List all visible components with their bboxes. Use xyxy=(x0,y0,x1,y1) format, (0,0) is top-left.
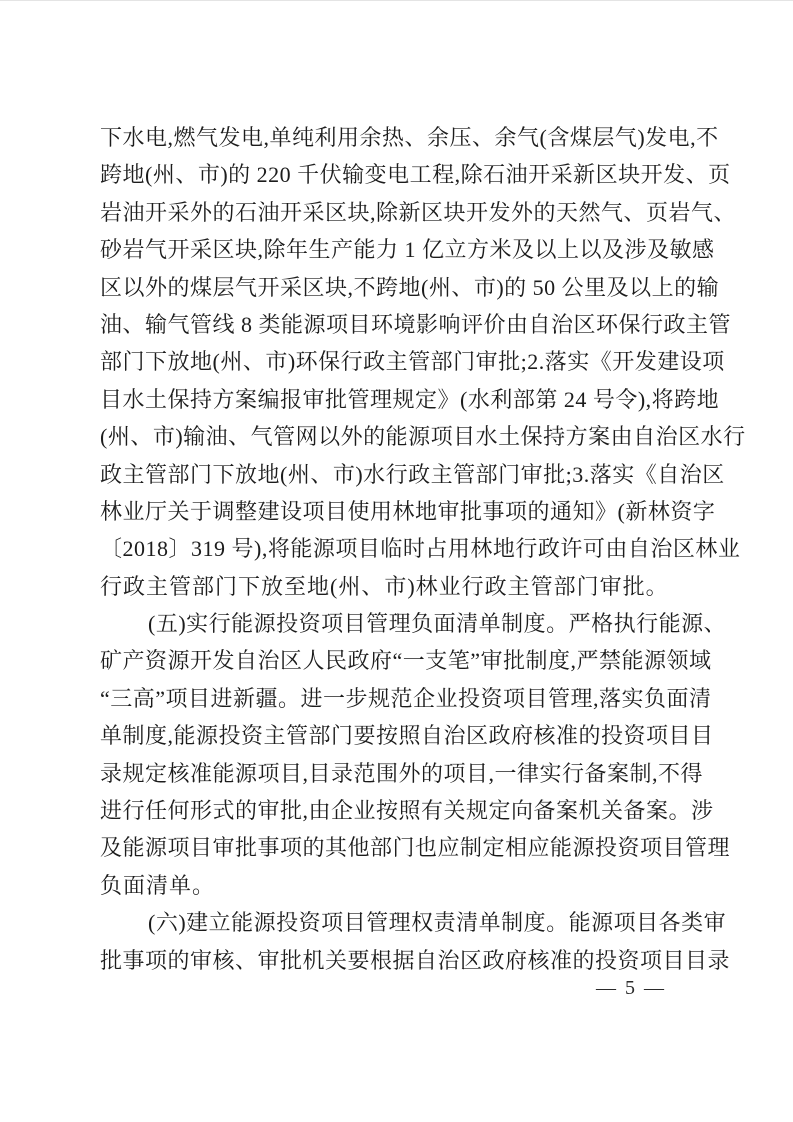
text-line: 单制度,能源投资主管部门要按照自治区政府核准的投资项目目 xyxy=(100,717,697,754)
document-body: 下水电,燃气发电,单纯利用余热、余压、余气(含煤层气)发电,不 跨地(州、市)的… xyxy=(100,119,697,979)
paragraph-start-6: (六)建立能源投资项目管理权责清单制度。能源项目各类审 xyxy=(100,904,697,941)
text-line: 部门下放地(州、市)环保行政主管部门审批;2.落实《开发建设项 xyxy=(100,343,697,380)
text-line: 砂岩气开采区块,除年生产能力 1 亿立方米及以上以及涉及敏感 xyxy=(100,231,697,268)
text-line: 〔2018〕319 号),将能源项目临时占用林地行政许可由自治区林业 xyxy=(100,530,697,567)
text-line: 录规定核准能源项目,目录范围外的项目,一律实行备案制,不得 xyxy=(100,755,697,792)
text-line: 跨地(州、市)的 220 千伏输变电工程,除石油开采新区块开发、页 xyxy=(100,156,697,193)
text-line: 进行任何形式的审批,由企业按照有关规定向备案机关备案。涉 xyxy=(100,792,697,829)
text-line: (州、市)输油、气管网以外的能源项目水土保持方案由自治区水行 xyxy=(100,418,697,455)
text-line: 油、输气管线 8 类能源项目环境影响评价由自治区环保行政主管 xyxy=(100,306,697,343)
text-line: 政主管部门下放地(州、市)水行政主管部门审批;3.落实《自治区 xyxy=(100,456,697,493)
text-line: 岩油开采外的石油开采区块,除新区块开发外的天然气、页岩气、 xyxy=(100,194,697,231)
text-line: “三高”项目进新疆。进一步规范企业投资项目管理,落实负面清 xyxy=(100,680,697,717)
text-line: 下水电,燃气发电,单纯利用余热、余压、余气(含煤层气)发电,不 xyxy=(100,119,697,156)
page-number: — 5 — xyxy=(596,977,696,1000)
text-line: 行政主管部门下放至地(州、市)林业行政主管部门审批。 xyxy=(100,568,697,605)
text-line: 区以外的煤层气开采区块,不跨地(州、市)的 50 公里及以上的输 xyxy=(100,269,697,306)
text-line: 林业厅关于调整建设项目使用林地审批事项的通知》(新林资字 xyxy=(100,493,697,530)
text-line: 及能源项目审批事项的其他部门也应制定相应能源投资项目管理 xyxy=(100,829,697,866)
text-line: 矿产资源开发自治区人民政府“一支笔”审批制度,严禁能源领域 xyxy=(100,642,697,679)
text-line: 目水土保持方案编报审批管理规定》(水利部第 24 号令),将跨地 xyxy=(100,381,697,418)
text-line: 批事项的审核、审批机关要根据自治区政府核准的投资项目目录 xyxy=(100,942,697,979)
paragraph-start-5: (五)实行能源投资项目管理负面清单制度。严格执行能源、 xyxy=(100,605,697,642)
text-line: 负面清单。 xyxy=(100,867,697,904)
document-page: 下水电,燃气发电,单纯利用余热、余压、余气(含煤层气)发电,不 跨地(州、市)的… xyxy=(0,0,793,1122)
